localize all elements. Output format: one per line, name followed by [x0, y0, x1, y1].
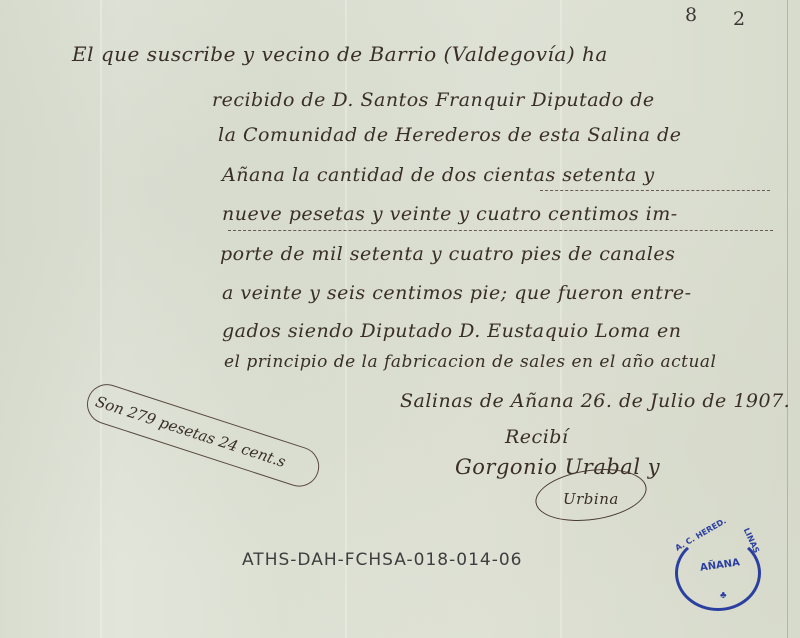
amount-underline — [228, 230, 773, 231]
page-number-primary: 8 — [685, 4, 697, 26]
body-line-4: Añana la cantidad de dos cientas setenta… — [222, 164, 655, 186]
received-label: Recibí — [505, 426, 569, 448]
body-line-3: la Comunidad de Herederos de esta Salina… — [218, 124, 681, 146]
stamp-clover-icon: ♣ — [720, 590, 727, 601]
archive-reference: ATHS-DAH-FCHSA-018-014-06 — [242, 550, 522, 570]
place-date: Salinas de Añana 26. de Julio de 1907. — [400, 390, 790, 412]
amount-underline — [540, 190, 770, 191]
body-line-1: El que suscribe y vecino de Barrio (Vald… — [72, 42, 608, 66]
body-line-7: a veinte y seis centimos pie; que fueron… — [222, 282, 692, 304]
signature-rubric: Urbina — [563, 490, 619, 508]
body-line-5: nueve pesetas y veinte y cuatro centimos… — [222, 203, 678, 225]
paper-edge — [787, 0, 788, 638]
body-line-9: el principio de la fabricacion de sales … — [224, 352, 717, 372]
paper-fold — [100, 0, 102, 638]
body-line-8: gados siendo Diputado D. Eustaquio Loma … — [222, 320, 681, 342]
body-line-2: recibido de D. Santos Franquir Diputado … — [212, 89, 655, 111]
body-line-6: porte de mil setenta y cuatro pies de ca… — [220, 243, 675, 265]
page-number-secondary: 2 — [733, 8, 745, 30]
